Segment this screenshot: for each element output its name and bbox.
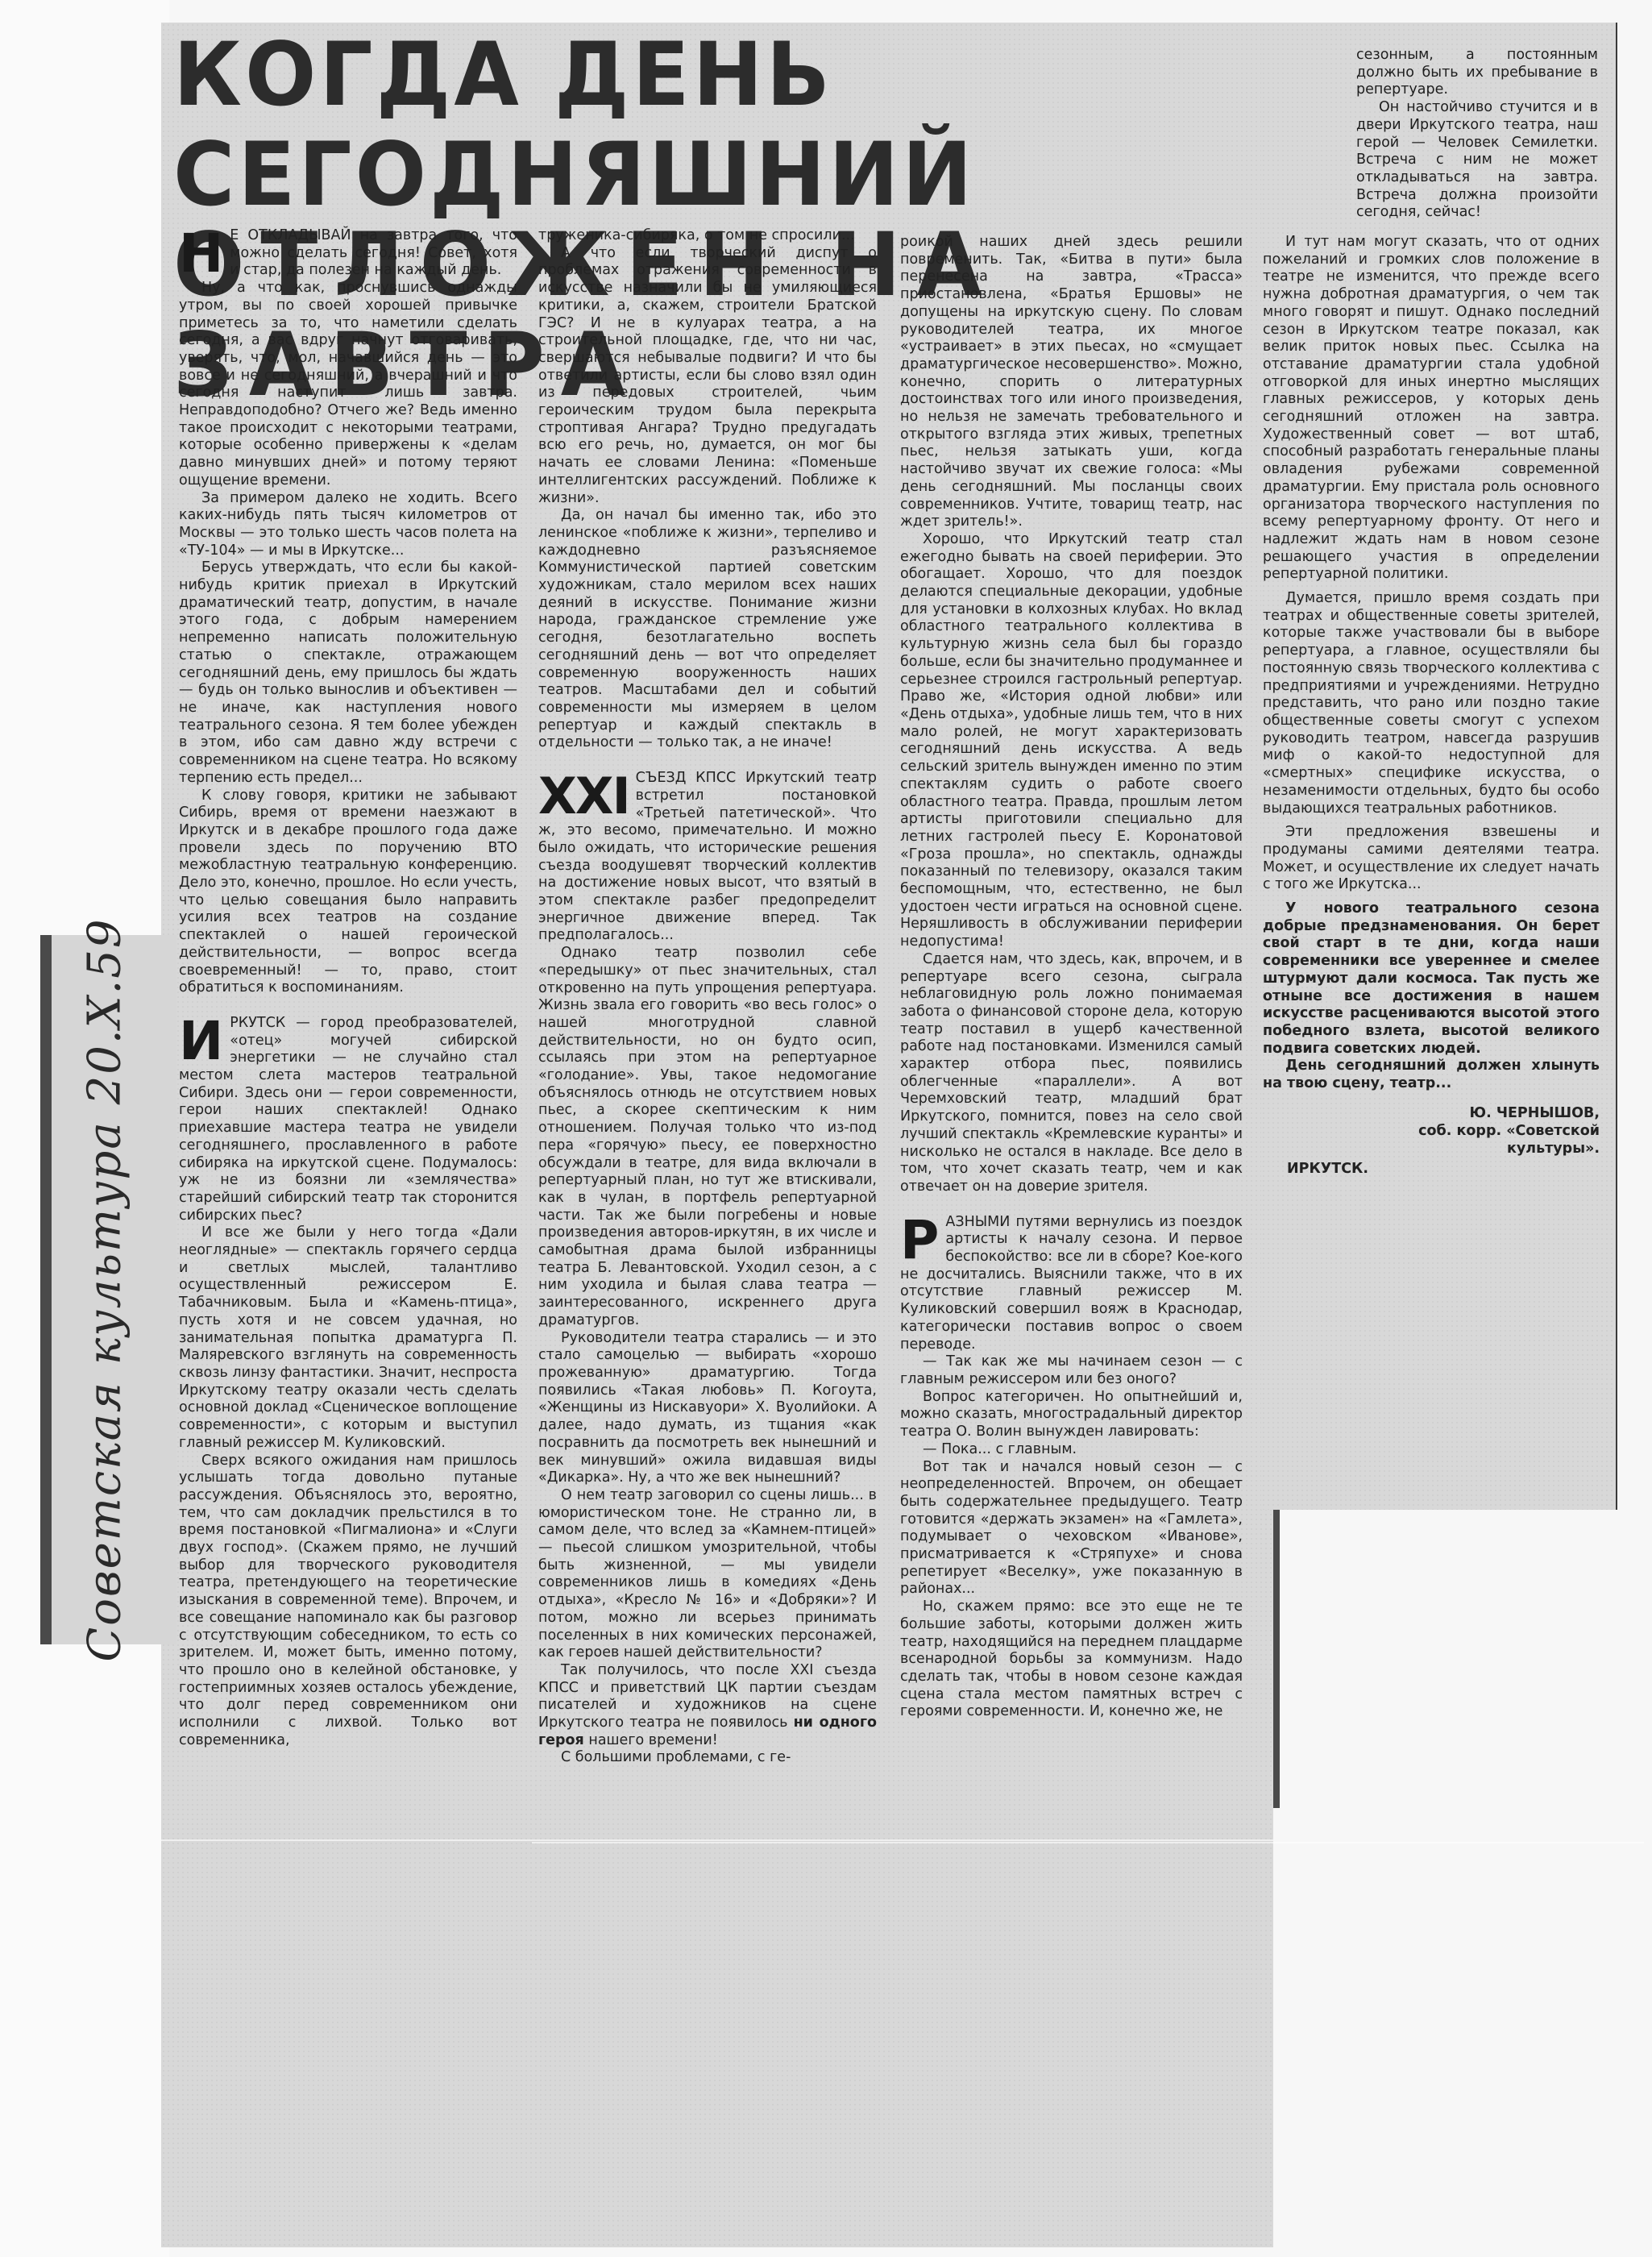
paragraph: И тут нам могут сказать, что от одних по…	[1263, 234, 1600, 584]
paragraph: Думается, пришло время создать при театр…	[1263, 590, 1600, 817]
paragraph: Хорошо, что Иркутский театр стал ежегодн…	[900, 531, 1243, 951]
text: нашего времени!	[584, 1732, 718, 1748]
fold-line	[161, 1839, 1273, 1841]
paragraph: С большими проблемами, с ге-	[538, 1749, 877, 1767]
paragraph: Однако театр позволил себе «передышку» о…	[538, 945, 877, 1329]
article-column-3: роикой наших дней здесь решили повремени…	[900, 234, 1243, 1721]
paragraph: За примером далеко не ходить. Всего каки…	[179, 490, 517, 560]
drop-cap: Р	[900, 1217, 939, 1264]
paragraph: И все же были у него тогда «Дали неогляд…	[179, 1224, 517, 1452]
paragraph: О нем театр заговорил со сцены лишь... в…	[538, 1487, 877, 1662]
paragraph: — Пока... с главным.	[900, 1441, 1243, 1459]
author-name: Ю. ЧЕРНЫШОВ,	[1263, 1104, 1600, 1122]
paragraph: Так получилось, что после XXI съезда КПС…	[538, 1662, 877, 1750]
article-column-1: НЕ ОТКЛАДЫВАЙ на завтра того, что можно …	[179, 227, 517, 1749]
top-right-continuation: сезонным, а постоянным должно быть их пр…	[1356, 47, 1598, 222]
handwritten-note: Советская культура 20.X.59	[48, 943, 161, 1636]
paragraph: Да, он начал бы именно так, ибо это лени…	[538, 507, 877, 752]
paragraph: Е ОТКЛАДЫВАЙ на завтра того, что можно с…	[230, 227, 517, 278]
paragraph: роикой наших дней здесь решили повремени…	[900, 234, 1243, 531]
paragraph: К слову говоря, критики не забывают Сиби…	[179, 788, 517, 997]
handwritten-source-date: Советская культура 20.X.59	[79, 917, 131, 1661]
paragraph: Вопрос категоричен. Но опытнейший и, мож…	[900, 1389, 1243, 1441]
paragraph: День сегодняшний должен хлынуть на твою …	[1263, 1058, 1600, 1092]
paragraph: У нового театрального сезона добрые пред…	[1263, 900, 1600, 1058]
author-paper: культуры».	[1263, 1140, 1600, 1158]
paragraph: Берусь утверждать, что если бы какой-ниб…	[179, 559, 517, 787]
drop-cap: Н	[179, 231, 223, 277]
paragraph: АЗНЫМИ путями вернулись из поездок артис…	[900, 1214, 1243, 1353]
article-column-2: труженика-сибиряка, о том не спросили...…	[538, 227, 877, 1767]
dateline: ИРКУТСК.	[1263, 1161, 1600, 1178]
headline-line-1: КОГДА ДЕНЬ СЕГОДНЯШНИЙ	[173, 24, 1358, 224]
paragraph: РКУТСК — город преобразователей, «отец» …	[179, 1015, 517, 1224]
author-role: соб. корр. «Советской	[1263, 1122, 1600, 1140]
drop-cap: XXI	[538, 773, 629, 820]
paragraph: труженика-сибиряка, о том не спросили...	[538, 227, 877, 245]
paragraph: Вот так и начался новый сезон — с неопре…	[900, 1459, 1243, 1599]
author-byline: Ю. ЧЕРНЫШОВ, соб. корр. «Советской культ…	[1263, 1104, 1600, 1158]
paragraph: Сверх всякого ожидания нам пришлось услы…	[179, 1453, 517, 1750]
paragraph: Руководители театра старались — и это ст…	[538, 1330, 877, 1487]
fold-line	[532, 1842, 1644, 1843]
paragraph: Сдается нам, что здесь, как, впрочем, и …	[900, 951, 1243, 1196]
paragraph: Эти предложения взвешены и продуманы сам…	[1263, 824, 1600, 894]
paragraph: сезонным, а постоянным должно быть их пр…	[1356, 47, 1598, 99]
article-column-4: И тут нам могут сказать, что от одних по…	[1263, 234, 1600, 1178]
paragraph: — Так как же мы начинаем сезон — с главн…	[900, 1353, 1243, 1388]
paragraph: А что если творческий диспут о проблемах…	[538, 245, 877, 508]
drop-cap: И	[179, 1018, 223, 1065]
paragraph: Ну, а что как, проснувшись однажды утром…	[179, 280, 517, 489]
paragraph: Но, скажем прямо: все это еще не те боль…	[900, 1598, 1243, 1721]
paragraph: Он настойчиво стучится и в двери Иркутск…	[1356, 99, 1598, 222]
